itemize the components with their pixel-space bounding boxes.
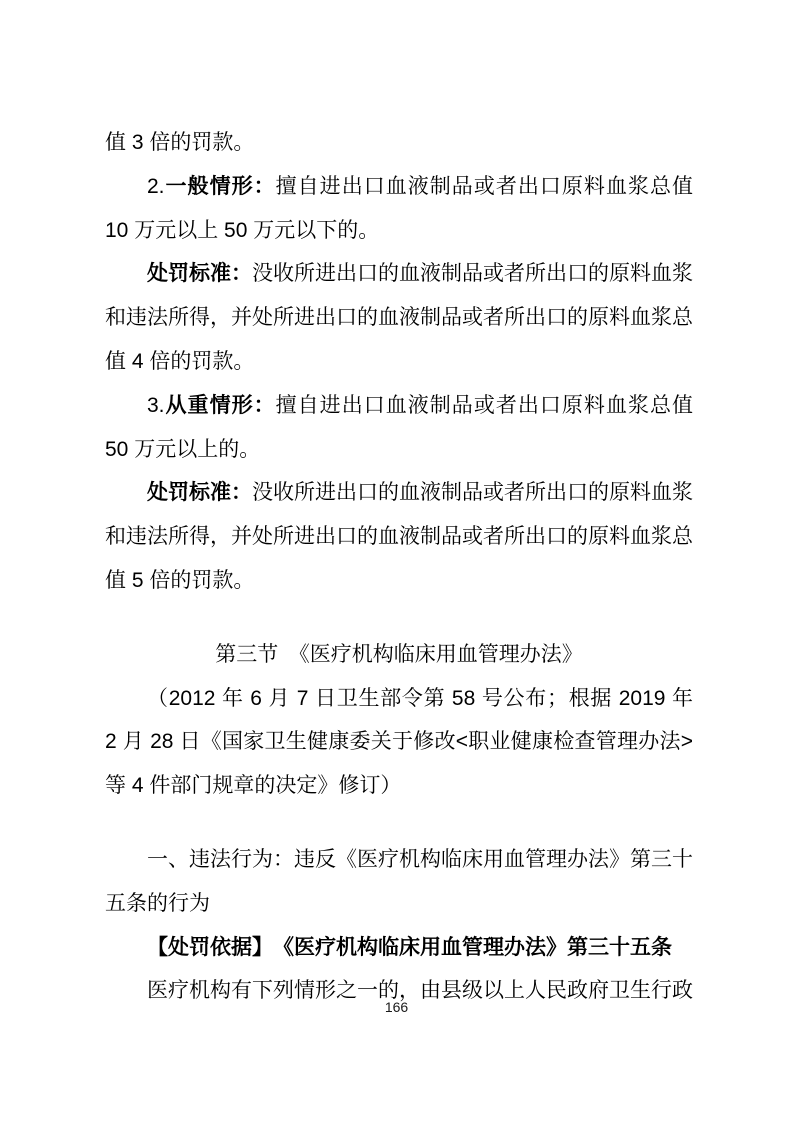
paragraph-text: 一、违法行为：违反《医疗机构临床用血管理办法》第三十五条的行为 (105, 848, 693, 915)
page-number: 166 (0, 997, 793, 1017)
paragraph-text: 【处罚依据】 《医疗机构临床用血管理办法》第三十五条 (147, 936, 672, 959)
paragraph-text: （2012 年 6 月 7 日卫生部令第 58 号公布；根据 2019 年 2 … (105, 687, 693, 798)
paragraph-fine-3x-continuation: 值 3 倍的罚款。 (105, 121, 693, 165)
document-content: 值 3 倍的罚款。 2.一般情形：擅自进出口血液制品或者出口原料血浆总值 10 … (105, 121, 693, 1013)
run-label-bold: 从重情形： (165, 394, 276, 417)
document-page: 值 3 倍的罚款。 2.一般情形：擅自进出口血液制品或者出口原料血浆总值 10 … (0, 0, 793, 1122)
paragraph-aggravated-circumstance: 3.从重情形：擅自进出口血液制品或者出口原料血浆总值 50 万元以上的。 (105, 384, 693, 472)
run-label-bold: 处罚标准： (147, 481, 252, 504)
run-label-bold: 处罚标准： (147, 262, 252, 285)
list-number: 2. (147, 175, 165, 198)
paragraph-text: 值 3 倍的罚款。 (105, 131, 254, 154)
paragraph-promulgation-note: （2012 年 6 月 7 日卫生部令第 58 号公布；根据 2019 年 2 … (105, 677, 693, 808)
paragraph-penalty-basis: 【处罚依据】 《医疗机构临床用血管理办法》第三十五条 (105, 926, 693, 970)
paragraph-general-circumstance: 2.一般情形：擅自进出口血液制品或者出口原料血浆总值 10 万元以上 50 万元… (105, 165, 693, 253)
paragraph-violation-item-1: 一、违法行为：违反《医疗机构临床用血管理办法》第三十五条的行为 (105, 838, 693, 926)
run-label-bold: 一般情形： (165, 175, 276, 198)
paragraph-penalty-standard-5x: 处罚标准：没收所进出口的血液制品或者所出口的原料血浆和违法所得，并处所进出口的血… (105, 471, 693, 602)
list-number: 3. (147, 394, 165, 417)
paragraph-penalty-standard-4x: 处罚标准：没收所进出口的血液制品或者所出口的原料血浆和违法所得，并处所进出口的血… (105, 252, 693, 383)
section-heading: 第三节 《医疗机构临床用血管理办法》 (105, 633, 693, 677)
